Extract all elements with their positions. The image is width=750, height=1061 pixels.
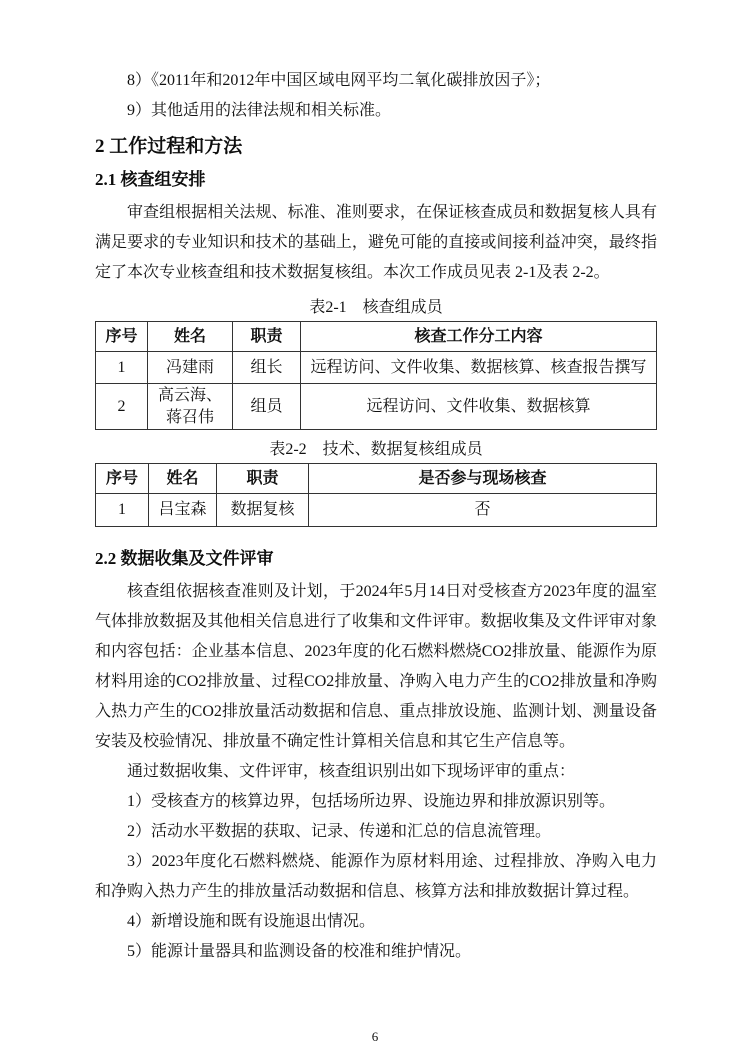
review-focus-item-4: 4）新增设施和既有设施退出情况。 bbox=[95, 907, 657, 937]
section-2-2-heading: 2.2 数据收集及文件评审 bbox=[95, 547, 657, 571]
table-cell: 数据复核 bbox=[217, 494, 309, 527]
page-number: 6 bbox=[0, 1029, 750, 1045]
table-header-cell: 序号 bbox=[96, 322, 148, 352]
review-focus-item-3: 3）2023年度化石燃料燃烧、能源作为原材料用途、过程排放、净购入电力和净购入热… bbox=[95, 847, 657, 907]
table-cell: 1 bbox=[96, 494, 149, 527]
regulation-list-item-9: 9）其他适用的法律法规和相关标准。 bbox=[95, 96, 657, 126]
table-row: 2 高云海、 蒋召伟 组员 远程访问、文件收集、数据核算 bbox=[96, 384, 657, 430]
table-header-cell: 核查工作分工内容 bbox=[301, 322, 657, 352]
table-cell: 1 bbox=[96, 352, 148, 384]
table-header-cell: 序号 bbox=[96, 464, 149, 494]
table-2-2-caption: 表2-2 技术、数据复核组成员 bbox=[95, 440, 657, 460]
table-header-cell: 职责 bbox=[217, 464, 309, 494]
table-header-cell: 姓名 bbox=[148, 322, 233, 352]
table-row: 1 吕宝森 数据复核 否 bbox=[96, 494, 657, 527]
regulation-list-item-8: 8）《2011年和2012年中国区域电网平均二氧化碳排放因子》； bbox=[95, 66, 657, 96]
table-2-1-caption: 表2-1 核查组成员 bbox=[95, 298, 657, 318]
table-2-2: 序号 姓名 职责 是否参与现场核查 1 吕宝森 数据复核 否 bbox=[95, 463, 657, 527]
review-focus-item-1: 1）受核查方的核算边界，包括场所边界、设施边界和排放源识别等。 bbox=[95, 787, 657, 817]
table-header-row: 序号 姓名 职责 核查工作分工内容 bbox=[96, 322, 657, 352]
table-cell: 否 bbox=[309, 494, 657, 527]
document-page: 8）《2011年和2012年中国区域电网平均二氧化碳排放因子》； 9）其他适用的… bbox=[0, 0, 750, 1061]
table-cell: 冯建雨 bbox=[148, 352, 233, 384]
table-cell: 远程访问、文件收集、数据核算、核查报告撰写 bbox=[301, 352, 657, 384]
review-focus-item-5: 5）能源计量器具和监测设备的校准和维护情况。 bbox=[95, 937, 657, 967]
review-focus-item-2: 2）活动水平数据的获取、记录、传递和汇总的信息流管理。 bbox=[95, 817, 657, 847]
table-header-cell: 是否参与现场核查 bbox=[309, 464, 657, 494]
section-2-heading: 2 工作过程和方法 bbox=[95, 134, 657, 160]
table-2-1: 序号 姓名 职责 核查工作分工内容 1 冯建雨 组长 远程访问、文件收集、数据核… bbox=[95, 321, 657, 430]
table-cell: 组长 bbox=[233, 352, 301, 384]
table-cell: 2 bbox=[96, 384, 148, 430]
table-cell: 组员 bbox=[233, 384, 301, 430]
table-cell: 高云海、 蒋召伟 bbox=[148, 384, 233, 430]
table-cell: 远程访问、文件收集、数据核算 bbox=[301, 384, 657, 430]
table-header-cell: 姓名 bbox=[149, 464, 217, 494]
page-content: 8）《2011年和2012年中国区域电网平均二氧化碳排放因子》； 9）其他适用的… bbox=[95, 66, 657, 967]
section-2-1-heading: 2.1 核查组安排 bbox=[95, 168, 657, 192]
table-header-row: 序号 姓名 职责 是否参与现场核查 bbox=[96, 464, 657, 494]
section-2-1-paragraph: 审查组根据相关法规、标准、准则要求，在保证核查成员和数据复核人具有满足要求的专业… bbox=[95, 198, 657, 288]
table-row: 1 冯建雨 组长 远程访问、文件收集、数据核算、核查报告撰写 bbox=[96, 352, 657, 384]
table-cell: 吕宝森 bbox=[149, 494, 217, 527]
data-collection-paragraph: 核查组依据核查准则及计划，于2024年5月14日对受核查方2023年度的温室气体… bbox=[95, 577, 657, 757]
review-focus-intro-paragraph: 通过数据收集、文件评审，核查组识别出如下现场评审的重点： bbox=[95, 757, 657, 787]
table-header-cell: 职责 bbox=[233, 322, 301, 352]
